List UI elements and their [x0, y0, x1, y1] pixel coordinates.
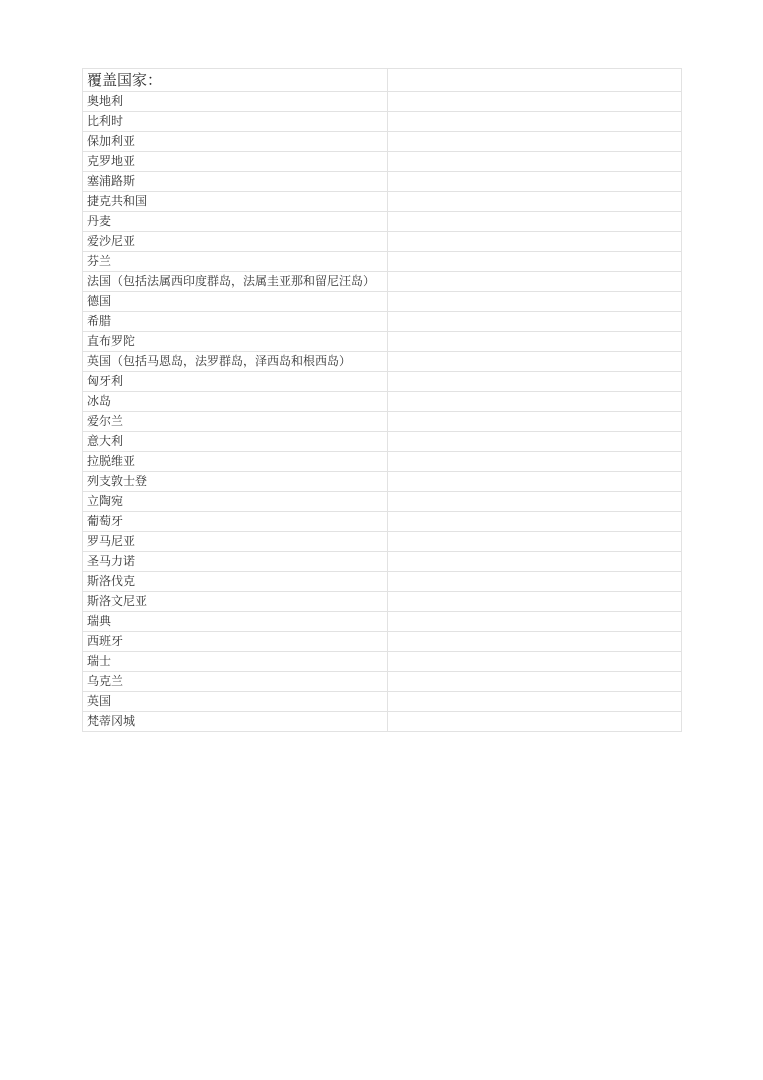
table-row: 爱沙尼亚 [83, 232, 682, 252]
empty-cell [388, 572, 682, 592]
country-cell: 希腊 [83, 312, 388, 332]
country-cell: 爱沙尼亚 [83, 232, 388, 252]
country-cell: 斯洛文尼亚 [83, 592, 388, 612]
country-cell: 克罗地亚 [83, 152, 388, 172]
covered-countries-table: 覆盖国家： 奥地利 比利时 保加利亚 克罗地亚 塞浦路斯 捷克共和国 丹麦 爱沙… [82, 68, 682, 732]
empty-cell [388, 452, 682, 472]
country-cell: 斯洛伐克 [83, 572, 388, 592]
country-cell: 瑞典 [83, 612, 388, 632]
table-row: 列支敦士登 [83, 472, 682, 492]
table-row: 比利时 [83, 112, 682, 132]
empty-cell [388, 152, 682, 172]
country-cell: 奥地利 [83, 92, 388, 112]
table-row: 冰岛 [83, 392, 682, 412]
empty-cell [388, 192, 682, 212]
empty-cell [388, 232, 682, 252]
table-row: 葡萄牙 [83, 512, 682, 532]
table-header-row: 覆盖国家： [83, 69, 682, 92]
empty-cell [388, 512, 682, 532]
country-cell: 丹麦 [83, 212, 388, 232]
table-row: 希腊 [83, 312, 682, 332]
country-cell: 西班牙 [83, 632, 388, 652]
empty-cell [388, 532, 682, 552]
table-row: 保加利亚 [83, 132, 682, 152]
table-row: 意大利 [83, 432, 682, 452]
empty-cell [388, 652, 682, 672]
country-cell: 乌克兰 [83, 672, 388, 692]
country-cell: 爱尔兰 [83, 412, 388, 432]
country-cell: 比利时 [83, 112, 388, 132]
country-cell: 直布罗陀 [83, 332, 388, 352]
country-cell: 列支敦士登 [83, 472, 388, 492]
table-row: 乌克兰 [83, 672, 682, 692]
table-row: 梵蒂冈城 [83, 712, 682, 732]
country-cell: 罗马尼亚 [83, 532, 388, 552]
empty-cell [388, 132, 682, 152]
empty-cell [388, 92, 682, 112]
country-cell: 英国（包括马恩岛，法罗群岛，泽西岛和根西岛） [83, 352, 388, 372]
country-cell: 拉脱维亚 [83, 452, 388, 472]
empty-cell [388, 692, 682, 712]
empty-cell [388, 672, 682, 692]
document-page: 覆盖国家： 奥地利 比利时 保加利亚 克罗地亚 塞浦路斯 捷克共和国 丹麦 爱沙… [0, 0, 763, 1080]
table-row: 德国 [83, 292, 682, 312]
header-empty-cell [388, 69, 682, 92]
empty-cell [388, 252, 682, 272]
empty-cell [388, 112, 682, 132]
country-cell: 德国 [83, 292, 388, 312]
country-cell: 匈牙利 [83, 372, 388, 392]
table-row: 拉脱维亚 [83, 452, 682, 472]
country-cell: 立陶宛 [83, 492, 388, 512]
empty-cell [388, 332, 682, 352]
country-cell: 圣马力诺 [83, 552, 388, 572]
table-row: 克罗地亚 [83, 152, 682, 172]
table-row: 瑞典 [83, 612, 682, 632]
table-row: 英国 [83, 692, 682, 712]
table-row: 西班牙 [83, 632, 682, 652]
table-row: 捷克共和国 [83, 192, 682, 212]
table-row: 爱尔兰 [83, 412, 682, 432]
country-cell: 芬兰 [83, 252, 388, 272]
empty-cell [388, 432, 682, 452]
table-row: 塞浦路斯 [83, 172, 682, 192]
header-label: 覆盖国家： [83, 69, 388, 92]
empty-cell [388, 312, 682, 332]
empty-cell [388, 712, 682, 732]
country-cell: 瑞士 [83, 652, 388, 672]
country-cell: 法国（包括法属西印度群岛，法属圭亚那和留尼汪岛） [83, 272, 388, 292]
empty-cell [388, 632, 682, 652]
country-cell: 梵蒂冈城 [83, 712, 388, 732]
table-row: 英国（包括马恩岛，法罗群岛，泽西岛和根西岛） [83, 352, 682, 372]
country-cell: 保加利亚 [83, 132, 388, 152]
empty-cell [388, 612, 682, 632]
table-row: 法国（包括法属西印度群岛，法属圭亚那和留尼汪岛） [83, 272, 682, 292]
table-row: 匈牙利 [83, 372, 682, 392]
table-row: 罗马尼亚 [83, 532, 682, 552]
empty-cell [388, 352, 682, 372]
table-row: 奥地利 [83, 92, 682, 112]
empty-cell [388, 412, 682, 432]
country-cell: 捷克共和国 [83, 192, 388, 212]
country-cell: 意大利 [83, 432, 388, 452]
table-row: 直布罗陀 [83, 332, 682, 352]
empty-cell [388, 212, 682, 232]
empty-cell [388, 272, 682, 292]
empty-cell [388, 172, 682, 192]
country-cell: 冰岛 [83, 392, 388, 412]
empty-cell [388, 392, 682, 412]
table-row: 圣马力诺 [83, 552, 682, 572]
country-cell: 英国 [83, 692, 388, 712]
empty-cell [388, 592, 682, 612]
country-cell: 塞浦路斯 [83, 172, 388, 192]
table-row: 芬兰 [83, 252, 682, 272]
empty-cell [388, 472, 682, 492]
table-row: 立陶宛 [83, 492, 682, 512]
table-row: 丹麦 [83, 212, 682, 232]
table-row: 斯洛伐克 [83, 572, 682, 592]
empty-cell [388, 552, 682, 572]
table-row: 瑞士 [83, 652, 682, 672]
table-row: 斯洛文尼亚 [83, 592, 682, 612]
empty-cell [388, 372, 682, 392]
country-cell: 葡萄牙 [83, 512, 388, 532]
empty-cell [388, 492, 682, 512]
empty-cell [388, 292, 682, 312]
